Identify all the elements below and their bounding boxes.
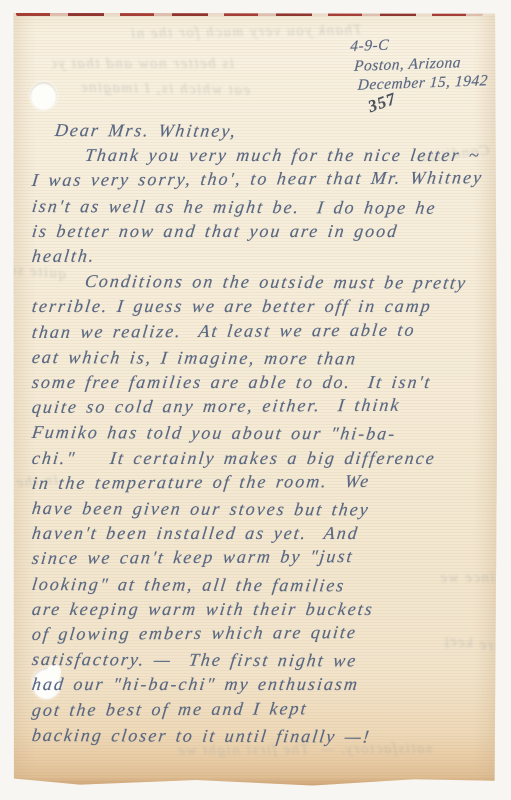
body-line: satisfactory. — The first night we [30, 647, 492, 674]
body-line: some free families are able to do. It is… [30, 370, 492, 395]
letter-page: Thank you very much for the nice letter … [12, 13, 497, 787]
letter-body: Dear Mrs. Whitney, Thank you very much f… [32, 118, 491, 748]
body-line: isn't as well as he might be. I do hope … [30, 194, 492, 221]
body-line: terrible. I guess we are better off in c… [30, 294, 492, 319]
body-line: chi." It certainly makes a big differenc… [30, 446, 492, 471]
body-line: got the best of me and I kept [31, 695, 493, 723]
body-line: eat which is, I imagine, more than [30, 345, 492, 372]
body-line: quite so cold any more, either. I think [31, 392, 493, 420]
body-line: in the temperature of the room. We [31, 468, 493, 496]
body-line: Conditions on the outside must be pretty [83, 269, 492, 296]
letter-header: 4-9-C Poston, Arizona December 15, 1942 [350, 32, 488, 95]
body-line: of glowing embers which are quite [31, 619, 493, 647]
bleedthrough-line: is better now and that you are in good [52, 55, 234, 75]
body-line: is better now and that you are in good [30, 219, 492, 244]
body-line: than we realize. At least we are able to [31, 317, 493, 345]
scan-background: { "letter": { "header": { "address_line"… [0, 0, 511, 800]
letter-date: December 15, 1942 [357, 71, 489, 95]
punch-hole-top [30, 82, 57, 110]
body-line: Fumiko has told you about our "hi-ba- [30, 420, 492, 447]
body-line: are keeping warm with their buckets [30, 597, 492, 622]
body-line: health. [31, 241, 493, 269]
notepad-binding-edge [16, 12, 483, 16]
body-line: have been given our stoves but they [30, 496, 492, 523]
body-line: since we can't keep warm by "just [31, 544, 493, 572]
body-line: looking" at them, all the families [30, 572, 492, 599]
bleedthrough-line: Thank you very much for the nice letter … [130, 21, 362, 45]
body-line: had our "hi-ba-chi" my enthusiasm [30, 672, 492, 697]
salutation: Dear Mrs. Whitney, [53, 118, 492, 145]
body-line: backing closer to it until finally —! [30, 723, 492, 750]
aged-bottom-edge [12, 777, 497, 787]
body-line: I was very sorry, tho', to hear that Mr.… [31, 166, 493, 194]
bleedthrough-line: eat which is, I imagine, more than [82, 79, 250, 102]
